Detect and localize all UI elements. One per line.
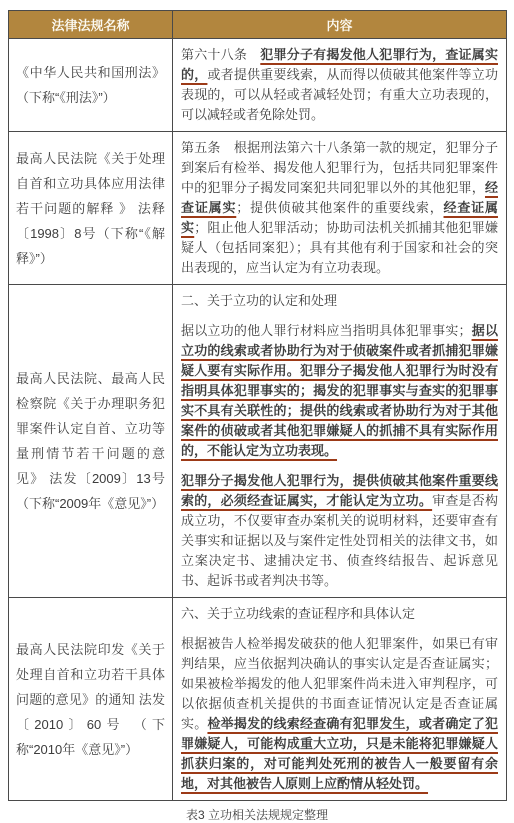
table-row: 最高人民法院印发《关于处理自首和立功若干具体问题的意见》的通知 法发〔2010〕…: [9, 598, 507, 801]
text-segment: 或者提供重要线索，从而得以侦破其他案件等立功表现的，可以从轻或者减轻处罚；有重大…: [181, 67, 498, 122]
table-row: 最高人民法院《关于处理自首和立功具体应用法律若干问题的解释 》 法释〔1998〕…: [9, 132, 507, 285]
text-segment: 六、关于立功线索的查证程序和具体认定: [181, 606, 415, 621]
regulation-content-cell: 第六十八条 犯罪分子有揭发他人犯罪行为，查证属实的，或者提供重要线索，从而得以侦…: [173, 39, 507, 132]
emphasized-text-segment: 据以立功的线索或者协助行为对于侦破案件或者抓捕犯罪嫌疑人要有实际作用。犯罪分子揭…: [181, 323, 498, 458]
table-row: 《中华人民共和国刑法》 （下称“《刑法》”） 第六十八条 犯罪分子有揭发他人犯罪…: [9, 39, 507, 132]
table-caption: 表3 立功相关法规规定整理: [8, 806, 506, 823]
regulation-name-cell: 最高人民法院、最高人民检察院《关于办理职务犯罪案件认定自首、立功等量刑情节若干问…: [9, 285, 173, 598]
paragraph: 二、关于立功的认定和处理: [181, 291, 498, 311]
paragraph: 根据被告人检举揭发破获的他人犯罪案件，如果已有审判结果，应当依据判决确认的事实认…: [181, 634, 498, 794]
text-segment: ；阻止他人犯罪活动；协助司法机关抓捕其他犯罪嫌疑人（包括同案犯）；具有其他有利于…: [181, 220, 498, 275]
text-segment: 二、关于立功的认定和处理: [181, 293, 337, 308]
column-header-name: 法律法规名称: [9, 11, 173, 39]
paragraph: 第五条 根据刑法第六十八条第一款的规定，犯罪分子到案后有检举、揭发他人犯罪行为，…: [181, 138, 498, 278]
regulations-table: 法律法规名称 内容 《中华人民共和国刑法》 （下称“《刑法》”） 第六十八条 犯…: [8, 10, 507, 801]
text-segment: 据以立功的他人罪行材料应当指明具体犯罪事实；: [181, 323, 472, 338]
paragraph: 据以立功的他人罪行材料应当指明具体犯罪事实；据以立功的线索或者协助行为对于侦破案…: [181, 321, 498, 461]
paragraph: 犯罪分子揭发他人犯罪行为，提供侦破其他案件重要线索的，必须经查证属实，才能认定为…: [181, 471, 498, 591]
header-row: 法律法规名称 内容: [9, 11, 507, 39]
paragraph: 第六十八条 犯罪分子有揭发他人犯罪行为，查证属实的，或者提供重要线索，从而得以侦…: [181, 45, 498, 125]
emphasized-text-segment: 检举揭发的线索经查确有犯罪发生，或者确定了犯罪嫌疑人，可能构成重大立功，只是未能…: [181, 716, 498, 791]
text-segment: ；提供侦破其他案件的重要线索，: [236, 200, 443, 215]
paragraph: 六、关于立功线索的查证程序和具体认定: [181, 604, 498, 624]
text-segment: 第六十八条: [181, 47, 260, 62]
document-body: 法律法规名称 内容 《中华人民共和国刑法》 （下称“《刑法》”） 第六十八条 犯…: [8, 10, 506, 823]
regulation-content-cell: 二、关于立功的认定和处理 据以立功的他人罪行材料应当指明具体犯罪事实；据以立功的…: [173, 285, 507, 598]
regulation-content-cell: 第五条 根据刑法第六十八条第一款的规定，犯罪分子到案后有检举、揭发他人犯罪行为，…: [173, 132, 507, 285]
regulation-name-cell: 《中华人民共和国刑法》 （下称“《刑法》”）: [9, 39, 173, 132]
regulation-content-cell: 六、关于立功线索的查证程序和具体认定 根据被告人检举揭发破获的他人犯罪案件，如果…: [173, 598, 507, 801]
regulation-name-cell: 最高人民法院《关于处理自首和立功具体应用法律若干问题的解释 》 法释〔1998〕…: [9, 132, 173, 285]
column-header-content: 内容: [173, 11, 507, 39]
text-segment: 第五条 根据刑法第六十八条第一款的规定，犯罪分子到案后有检举、揭发他人犯罪行为，…: [181, 140, 498, 195]
table-row: 最高人民法院、最高人民检察院《关于办理职务犯罪案件认定自首、立功等量刑情节若干问…: [9, 285, 507, 598]
regulation-name-cell: 最高人民法院印发《关于处理自首和立功若干具体问题的意见》的通知 法发〔2010〕…: [9, 598, 173, 801]
